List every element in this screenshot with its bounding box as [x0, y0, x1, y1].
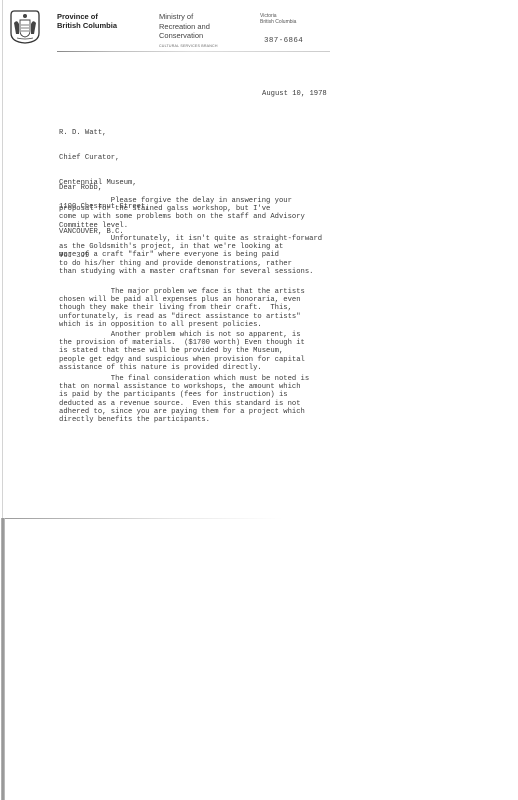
letter-page: Province of British Columbia Ministry of… — [0, 0, 518, 800]
body-paragraph: Unfortunately, it isn't quite as straigh… — [59, 235, 322, 276]
address-line: R. D. Watt, — [59, 129, 150, 137]
location-line: British Columbia — [260, 19, 296, 25]
scan-edge-band — [1, 518, 5, 800]
ministry-line: Conservation — [159, 31, 210, 41]
scan-edge-shadow — [2, 518, 282, 519]
coat-of-arms-icon — [10, 9, 40, 44]
phone-number: 387-6864 — [264, 37, 303, 45]
ministry-name: Ministry of Recreation and Conservation — [159, 12, 210, 41]
province-line: British Columbia — [57, 21, 117, 30]
scan-edge-line — [2, 0, 3, 518]
branch-name: CULTURAL SERVICES BRANCH — [159, 44, 218, 48]
province-line: Province of — [57, 12, 117, 21]
body-paragraph: Another problem which is not so apparent… — [59, 331, 305, 372]
location: Victoria British Columbia — [260, 13, 296, 25]
letter-date: August 10, 1978 — [262, 90, 327, 98]
ministry-line: Ministry of — [159, 12, 210, 22]
body-paragraph: Please forgive the delay in answering yo… — [59, 197, 305, 230]
letterhead-divider — [57, 51, 330, 52]
address-line: Chief Curator, — [59, 154, 150, 162]
province-name: Province of British Columbia — [57, 12, 117, 30]
ministry-line: Recreation and — [159, 22, 210, 32]
salutation: Dear Robb, — [59, 184, 102, 192]
body-paragraph: The major problem we face is that the ar… — [59, 288, 305, 329]
body-paragraph: The final consideration which must be no… — [59, 375, 309, 424]
